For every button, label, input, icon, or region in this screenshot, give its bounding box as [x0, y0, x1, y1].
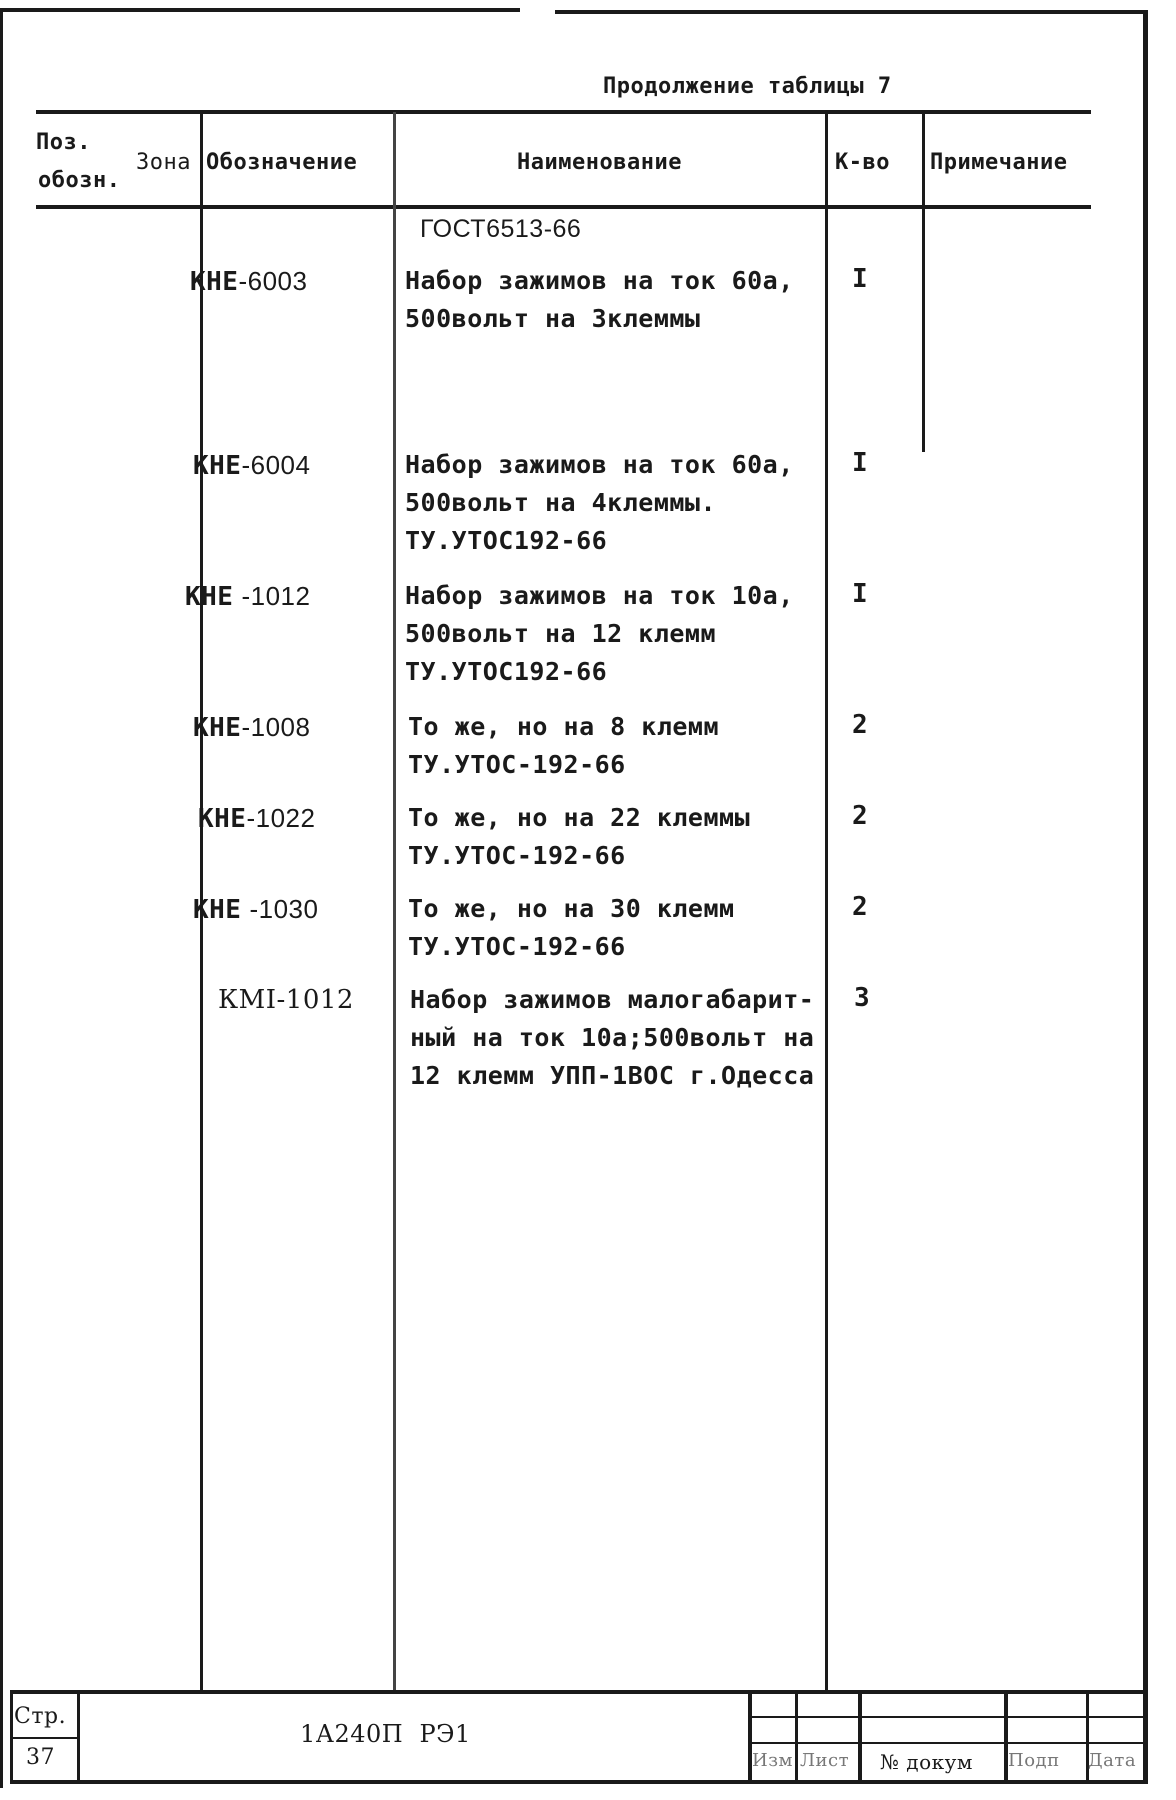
col-sep-name	[825, 112, 828, 1692]
row-name-line: ТУ.УТОС192-66	[405, 522, 607, 560]
row-qty: 3	[854, 983, 870, 1013]
row-name-line: То же, но на 8 клемм	[408, 708, 719, 746]
frame-top-right	[555, 10, 1145, 14]
row-name-line: 500вольт на 4клеммы.	[405, 484, 716, 522]
row-name-line: То же, но на 22 клеммы	[408, 799, 750, 837]
title-block-bottom-line	[10, 1780, 1148, 1784]
col-sep-qty	[922, 112, 925, 452]
row-name-line: Набор зажимов малогабарит-	[410, 981, 814, 1019]
frame-right	[1143, 10, 1148, 1780]
row-name-line: ТУ.УТОС192-66	[405, 653, 607, 691]
row-name-line: 12 клемм УПП-1ВОС г.Одесса	[410, 1057, 814, 1095]
standard-label: ГОСТ6513-66	[420, 210, 581, 248]
col-sep-designation	[393, 112, 396, 1692]
rev-cell-sign: Подп	[1008, 1750, 1060, 1771]
title-block-page-sep	[77, 1690, 80, 1782]
frame-top	[0, 8, 520, 12]
rev-grid-sep-3	[858, 1690, 862, 1782]
row-name-line: ТУ.УТОС-192-66	[408, 837, 626, 875]
title-block-left-border	[10, 1690, 13, 1782]
title-block-top-line	[10, 1690, 1148, 1694]
row-designation: КНЕ-6003	[190, 266, 307, 297]
header-bottom-line	[36, 205, 1091, 209]
row-name-line: ТУ.УТОС-192-66	[408, 746, 626, 784]
row-designation: КНЕ-1030	[193, 894, 318, 925]
rev-cell-izm: Изм	[752, 1750, 793, 1771]
row-name-line: 500вольт на 12 клемм	[405, 615, 716, 653]
table-caption: Продолжение таблицы 7	[603, 74, 892, 99]
col-header-name: Наименование	[517, 150, 682, 175]
col-header-note: Примечание	[930, 150, 1067, 175]
row-qty: I	[852, 579, 868, 609]
row-name-line: Набор зажимов на ток 60а,	[405, 262, 794, 300]
row-name-line: ТУ.УТОС-192-66	[408, 928, 626, 966]
row-qty: 2	[852, 801, 868, 831]
page-number: 37	[26, 1745, 55, 1770]
row-name-line: Набор зажимов на ток 10а,	[405, 577, 794, 615]
page-label: Стр.	[14, 1704, 66, 1729]
rev-grid-sep-2	[795, 1690, 798, 1782]
row-designation: КМI-1012	[218, 985, 354, 1015]
row-designation: КНЕ-6004	[193, 450, 310, 481]
row-name-line: 500вольт на 3клеммы	[405, 300, 700, 338]
row-name-line: ный на ток 10а;500вольт на	[410, 1019, 814, 1057]
row-name-line: Набор зажимов на ток 60а,	[405, 446, 794, 484]
row-designation: КНЕ-1012	[185, 581, 310, 612]
rev-cell-date: Дата	[1088, 1750, 1136, 1771]
rev-cell-doc: № докум	[880, 1750, 973, 1774]
row-designation: КНЕ-1008	[193, 712, 310, 743]
col-header-designation: Обозначение	[206, 150, 357, 175]
col-header-zone: Зона	[136, 150, 191, 175]
rev-grid-row-2	[750, 1742, 1146, 1744]
rev-cell-list: Лист	[800, 1750, 849, 1771]
row-qty: I	[852, 448, 868, 478]
row-name-line: То же, но на 30 клемм	[408, 890, 735, 928]
row-qty: 2	[852, 892, 868, 922]
row-designation: КНЕ-1022	[198, 803, 315, 834]
row-qty: I	[852, 264, 868, 294]
document-code: 1А240П РЭ1	[300, 1720, 471, 1748]
frame-left	[0, 8, 3, 1788]
header-top-line	[36, 110, 1091, 114]
title-block-page-mid	[10, 1737, 78, 1739]
col-header-pos-1: Поз.	[36, 130, 91, 155]
col-header-pos-2: обозн.	[38, 168, 120, 193]
row-qty: 2	[852, 710, 868, 740]
rev-grid-row-1	[750, 1716, 1146, 1718]
col-header-qty: К-во	[835, 150, 890, 175]
